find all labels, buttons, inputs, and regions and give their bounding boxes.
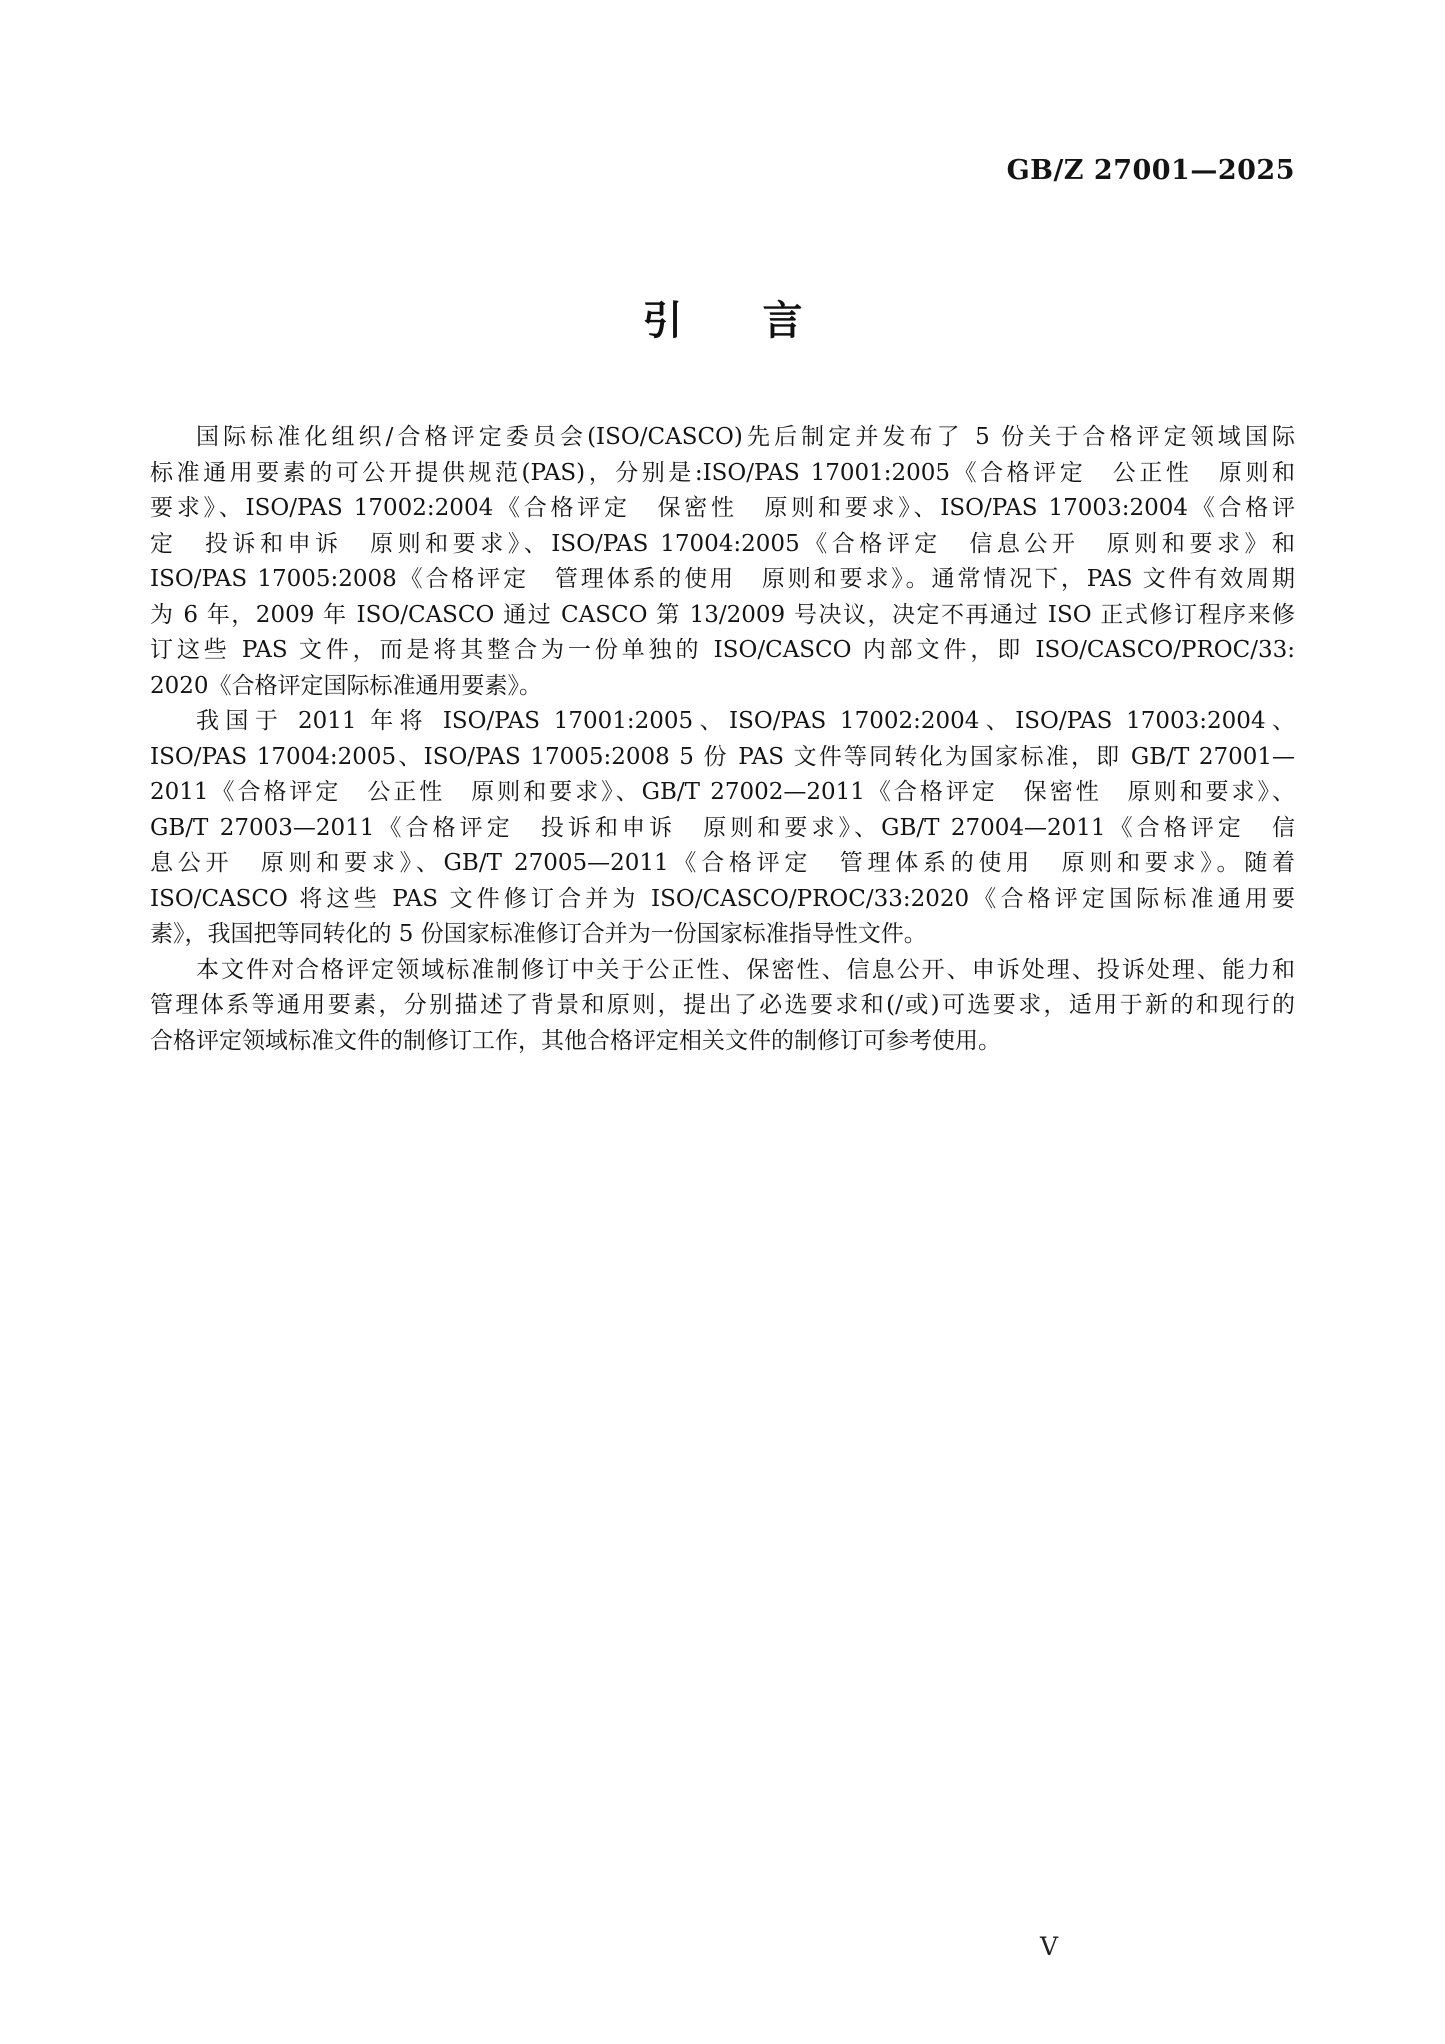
page-title: 引 言 (150, 289, 1295, 346)
text-line: 订这些 PAS 文件，而是将其整合为一份单独的 ISO/CASCO 内部文件，即… (150, 633, 1295, 669)
text-line: ISO/CASCO 将这些 PAS 文件修订合并为 ISO/CASCO/PROC… (150, 882, 1295, 918)
text-line: 素》，我国把等同转化的 5 份国家标准修订合并为一份国家标准指导性文件。 (150, 917, 1295, 953)
text-line: GB/T 27003—2011《合格评定 投诉和申诉 原则和要求》、GB/T 2… (150, 811, 1295, 847)
text-line: 国际标准化组织/合格评定委员会(ISO/CASCO)先后制定并发布了 5 份关于… (150, 420, 1295, 456)
text-line: 管理体系等通用要素，分别描述了背景和原则，提出了必选要求和(/或)可选要求，适用… (150, 988, 1295, 1024)
body-text: 国际标准化组织/合格评定委员会(ISO/CASCO)先后制定并发布了 5 份关于… (150, 420, 1295, 1059)
text-line: 2020《合格评定国际标准通用要素》。 (150, 669, 1295, 705)
paragraph-3: 本文件对合格评定领域标准制修订中关于公正性、保密性、信息公开、申诉处理、投诉处理… (150, 953, 1295, 1060)
paragraph-1: 国际标准化组织/合格评定委员会(ISO/CASCO)先后制定并发布了 5 份关于… (150, 420, 1295, 704)
text-line: 为 6 年，2009 年 ISO/CASCO 通过 CASCO 第 13/200… (150, 598, 1295, 634)
text-line: 要求》、ISO/PAS 17002:2004《合格评定 保密性 原则和要求》、I… (150, 491, 1295, 527)
standard-number-header: GB/Z 27001—2025 (150, 155, 1295, 186)
paragraph-2: 我国于 2011 年将 ISO/PAS 17001:2005、ISO/PAS 1… (150, 704, 1295, 953)
text-line: ISO/PAS 17004:2005、ISO/PAS 17005:2008 5 … (150, 740, 1295, 776)
text-line: 2011《合格评定 公正性 原则和要求》、GB/T 27002—2011《合格评… (150, 775, 1295, 811)
document-page: GB/Z 27001—2025 引 言 国际标准化组织/合格评定委员会(ISO/… (0, 0, 1445, 2044)
page-number: V (1040, 1932, 1058, 1961)
text-line: 我国于 2011 年将 ISO/PAS 17001:2005、ISO/PAS 1… (150, 704, 1295, 740)
text-line: 标准通用要素的可公开提供规范(PAS)，分别是:ISO/PAS 17001:20… (150, 456, 1295, 492)
text-line: 本文件对合格评定领域标准制修订中关于公正性、保密性、信息公开、申诉处理、投诉处理… (150, 953, 1295, 989)
text-line: 息公开 原则和要求》、GB/T 27005—2011《合格评定 管理体系的使用 … (150, 846, 1295, 882)
text-line: ISO/PAS 17005:2008《合格评定 管理体系的使用 原则和要求》。通… (150, 562, 1295, 598)
text-line: 定 投诉和申诉 原则和要求》、ISO/PAS 17004:2005《合格评定 信… (150, 527, 1295, 563)
text-line: 合格评定领域标准文件的制修订工作，其他合格评定相关文件的制修订可参考使用。 (150, 1024, 1295, 1060)
